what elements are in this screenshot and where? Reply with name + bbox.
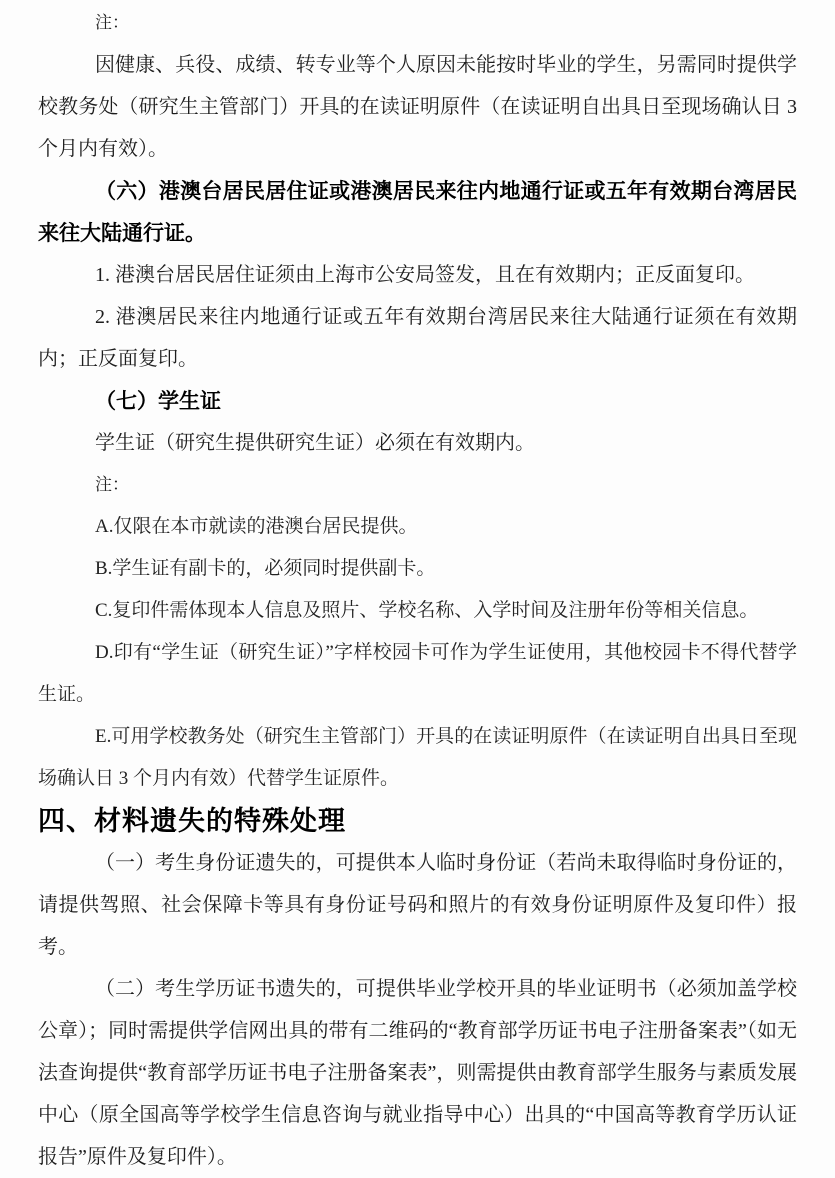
section-heading-7: （七）学生证 xyxy=(38,380,797,422)
paragraph-student-id: 学生证（研究生提供研究生证）必须在有效期内。 xyxy=(38,422,797,464)
chapter-heading-4: 四、材料遗失的特殊处理 xyxy=(38,800,797,842)
document-page: 注： 因健康、兵役、成绩、转专业等个人原因未能按时毕业的学生，另需同时提供学校教… xyxy=(0,0,835,1178)
paragraph-late-graduation: 因健康、兵役、成绩、转专业等个人原因未能按时毕业的学生，另需同时提供学校教务处（… xyxy=(38,44,797,170)
note-item-b: B.学生证有副卡的，必须同时提供副卡。 xyxy=(38,548,797,590)
paragraph-lost-id-card: （一）考生身份证遗失的，可提供本人临时身份证（若尚未取得临时身份证的，请提供驾照… xyxy=(38,842,797,968)
list-item-2: 2. 港澳居民来往内地通行证或五年有效期台湾居民来往大陆通行证须在有效期内；正反… xyxy=(38,296,797,380)
note-item-a: A.仅限在本市就读的港澳台居民提供。 xyxy=(38,506,797,548)
note-label-top: 注： xyxy=(38,2,797,44)
note-label-student-id: 注： xyxy=(38,464,797,506)
note-item-c: C.复印件需体现本人信息及照片、学校名称、入学时间及注册年份等相关信息。 xyxy=(38,590,797,632)
section-heading-6: （六）港澳台居民居住证或港澳居民来往内地通行证或五年有效期台湾居民来往大陆通行证… xyxy=(38,170,797,254)
list-item-1: 1. 港澳台居民居住证须由上海市公安局签发，且在有效期内；正反面复印。 xyxy=(38,254,797,296)
paragraph-lost-diploma: （二）考生学历证书遗失的，可提供毕业学校开具的毕业证明书（必须加盖学校公章）；同… xyxy=(38,968,797,1178)
note-item-e: E.可用学校教务处（研究生主管部门）开具的在读证明原件（在读证明自出具日至现场确… xyxy=(38,716,797,800)
note-item-d: D.印有“学生证（研究生证）”字样校园卡可作为学生证使用，其他校园卡不得代替学生… xyxy=(38,632,797,716)
